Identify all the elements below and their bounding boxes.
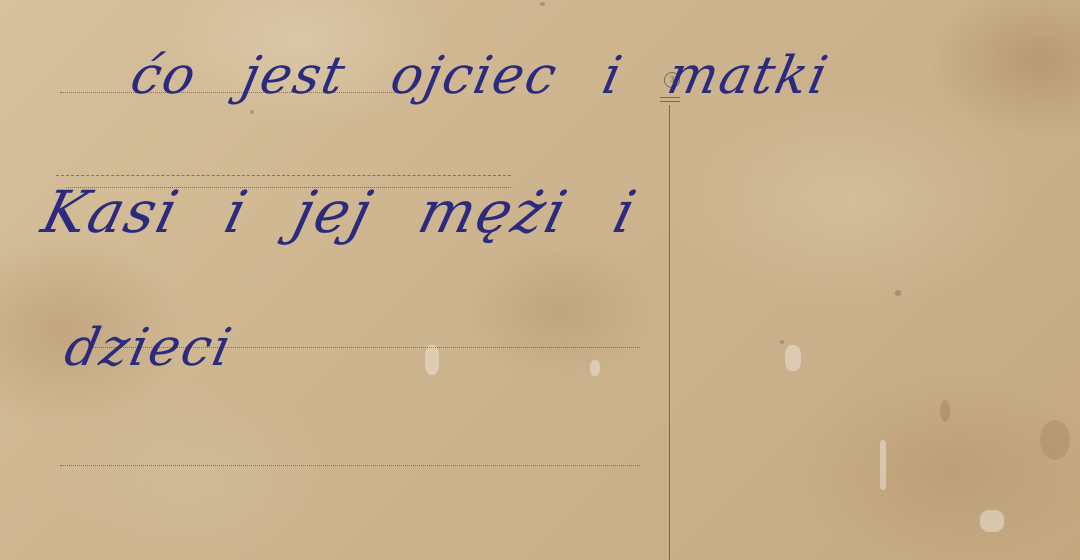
handwritten-word: ojciec <box>386 46 564 106</box>
paper-wear <box>880 440 886 490</box>
handwritten-word: dzieci <box>60 318 239 378</box>
postcard-back: 3 ćo jest ojciec i matki Kasi i jej mężi… <box>0 0 1080 560</box>
paper-speck <box>250 110 254 114</box>
paper-stain <box>1040 420 1070 460</box>
paper-speck <box>895 290 901 296</box>
paper-stain <box>940 400 950 422</box>
handwritten-word: i <box>607 178 645 246</box>
writing-line <box>60 465 640 466</box>
handwriting-line-2: Kasi i jej mężi i <box>36 178 673 246</box>
paper-wear <box>785 345 801 371</box>
handwritten-word: Kasi <box>36 178 187 246</box>
center-divider-line <box>669 105 670 560</box>
paper-wear <box>590 360 600 376</box>
handwriting-line-1: ćo jest ojciec i matki <box>126 46 863 106</box>
paper-wear <box>425 345 439 375</box>
handwritten-word: mężi <box>412 178 575 246</box>
handwritten-word: matki <box>662 46 834 106</box>
handwritten-word: i <box>218 178 256 246</box>
handwritten-word: ćo <box>126 46 203 106</box>
paper-wear <box>980 510 1004 532</box>
handwritten-word: i <box>597 46 628 106</box>
paper-speck <box>540 2 545 6</box>
paper-speck <box>780 340 784 344</box>
handwritten-word: jej <box>287 178 380 246</box>
handwriting-line-3: dzieci <box>60 318 267 378</box>
writing-line <box>56 175 511 176</box>
handwritten-word: jest <box>237 46 352 106</box>
